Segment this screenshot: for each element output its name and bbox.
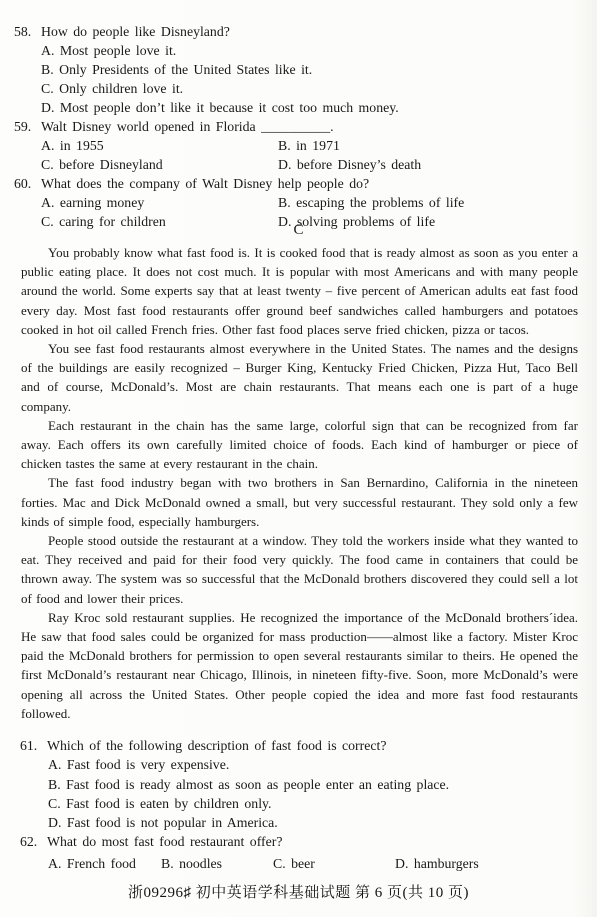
passage-paragraph-5: People stood outside the restaurant at a… [21, 531, 578, 608]
option-61-b: B. Fast food is ready almost as soon as … [48, 775, 585, 794]
option-59-d: D. before Disney’s death [278, 155, 421, 174]
option-60-b: B. escaping the problems of life [278, 193, 464, 212]
question-number: 62. [20, 832, 47, 851]
question-62: 62. What do most fast food restaurant of… [20, 832, 585, 873]
question-number: 60. [14, 174, 41, 193]
option-62-a: A. French food [48, 854, 161, 873]
page-footer: 浙09296♯ 初中英语学科基础试题 第 6 页(共 10 页) [0, 881, 597, 902]
question-section-bottom: 61. Which of the following description o… [20, 736, 585, 873]
question-number: 59. [14, 117, 41, 136]
question-row: 61. Which of the following description o… [20, 736, 585, 755]
question-61: 61. Which of the following description o… [20, 736, 585, 832]
question-row: 58. How do people like Disneyland? [14, 22, 585, 41]
reading-passage: You probably know what fast food is. It … [21, 243, 578, 723]
option-62-d: D. hamburgers [395, 854, 479, 873]
option-row: A. in 1955 B. in 1971 [41, 136, 585, 155]
exam-page: 58. How do people like Disneyland? A. Mo… [0, 0, 597, 917]
question-58: 58. How do people like Disneyland? A. Mo… [14, 22, 585, 117]
option-row: A. earning money B. escaping the problem… [41, 193, 585, 212]
option-58-c: C. Only children love it. [41, 79, 585, 98]
passage-section-label: C [0, 221, 597, 239]
option-row: A. French food B. noodles C. beer D. ham… [48, 854, 585, 873]
question-text: Walt Disney world opened in Florida ____… [41, 117, 334, 136]
question-text: Which of the following description of fa… [47, 736, 386, 755]
option-row: C. before Disneyland D. before Disney’s … [41, 155, 585, 174]
option-59-c: C. before Disneyland [41, 155, 278, 174]
passage-paragraph-4: The fast food industry began with two br… [21, 473, 578, 531]
option-58-b: B. Only Presidents of the United States … [41, 60, 585, 79]
option-62-b: B. noodles [161, 854, 273, 873]
question-59: 59. Walt Disney world opened in Florida … [14, 117, 585, 174]
option-61-d: D. Fast food is not popular in America. [48, 813, 585, 832]
passage-paragraph-3: Each restaurant in the chain has the sam… [21, 416, 578, 474]
option-61-c: C. Fast food is eaten by children only. [48, 794, 585, 813]
passage-paragraph-1: You probably know what fast food is. It … [21, 243, 578, 339]
question-section-top: 58. How do people like Disneyland? A. Mo… [14, 22, 585, 231]
question-number: 61. [20, 736, 47, 755]
option-60-a: A. earning money [41, 193, 278, 212]
passage-paragraph-2: You see fast food restaurants almost eve… [21, 339, 578, 416]
option-58-d: D. Most people don’t like it because it … [41, 98, 585, 117]
question-text: What does the company of Walt Disney hel… [41, 174, 369, 193]
option-59-a: A. in 1955 [41, 136, 278, 155]
question-row: 60. What does the company of Walt Disney… [14, 174, 585, 193]
question-text: What do most fast food restaurant offer? [47, 832, 283, 851]
option-58-a: A. Most people love it. [41, 41, 585, 60]
option-62-c: C. beer [273, 854, 395, 873]
option-61-a: A. Fast food is very expensive. [48, 755, 585, 774]
question-number: 58. [14, 22, 41, 41]
passage-paragraph-6: Ray Kroc sold restaurant supplies. He re… [21, 608, 578, 723]
question-row: 59. Walt Disney world opened in Florida … [14, 117, 585, 136]
option-59-b: B. in 1971 [278, 136, 340, 155]
question-row: 62. What do most fast food restaurant of… [20, 832, 585, 851]
question-text: How do people like Disneyland? [41, 22, 230, 41]
